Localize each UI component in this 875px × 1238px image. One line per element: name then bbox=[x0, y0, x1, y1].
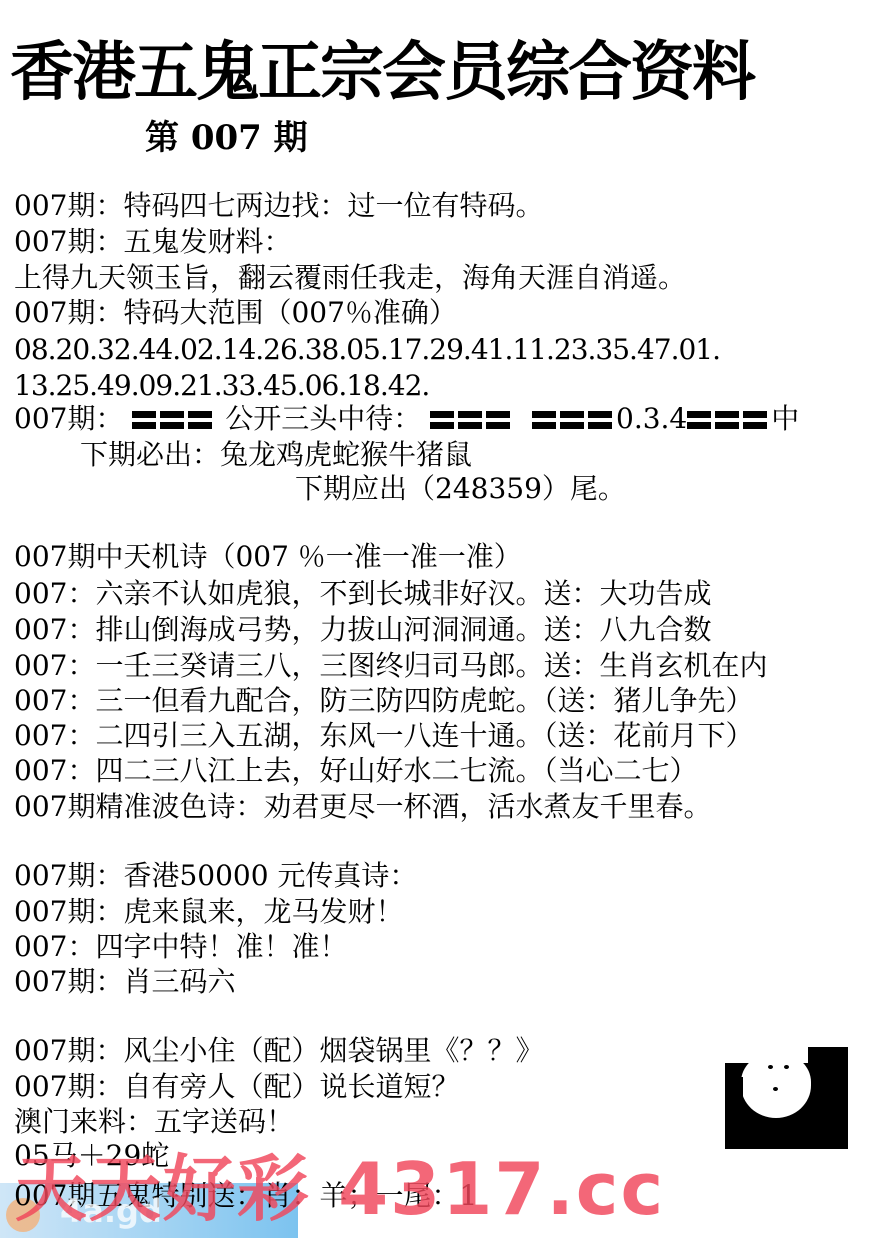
three-heads-line: 007期： 公开三头中待： 0.3.4中 bbox=[14, 403, 799, 435]
page-title: 香港五鬼正宗会员综合资料 bbox=[10, 38, 870, 108]
text-line: 下期必出：兔龙鸡虎蛇猴牛猪鼠 bbox=[80, 439, 472, 471]
poem-line: 007：一壬三癸请三八，三图终归司马郎。送：生肖玄机在内 bbox=[14, 650, 767, 682]
issue-number: 第 007 期 bbox=[145, 118, 308, 158]
block-glyph bbox=[188, 411, 212, 429]
block-glyph bbox=[588, 411, 612, 429]
poem-line: 007：排山倒海成弓势，力拔山河洞洞通。送：八九合数 bbox=[14, 614, 711, 646]
watermark-text: 天天好彩 4317.cc bbox=[15, 1144, 665, 1234]
text-line: 007期：香港50000 元传真诗： bbox=[14, 860, 417, 892]
text-line: 007：四字中特！准！准！ bbox=[14, 931, 347, 963]
text-line: 澳门来料：五字送码！ bbox=[14, 1106, 294, 1138]
text-line: 007期：特码大范围（007％准确） bbox=[14, 297, 457, 329]
text-line: 上得九天领玉旨，翻云覆雨任我走，海角天涯自消遥。 bbox=[14, 262, 686, 294]
block-glyph bbox=[532, 411, 556, 429]
block-glyph bbox=[458, 411, 482, 429]
line-end: 中 bbox=[771, 402, 799, 435]
poem-line: 007：三一但看九配合，防三防四防虎蛇。（送：猪儿争先） bbox=[14, 685, 753, 717]
line-mid: 公开三头中待： bbox=[225, 402, 421, 435]
block-glyph bbox=[715, 411, 739, 429]
line-numbers: 0.3.4 bbox=[616, 402, 687, 435]
text-line: 007期：五鬼发财料： bbox=[14, 226, 291, 258]
poem-title: 007期中天机诗（007 ％一准一准一准） bbox=[14, 541, 522, 573]
number-list: 13.25.49.09.21.33.45.06.18.42. bbox=[14, 370, 429, 402]
poem-line: 007：六亲不认如虎狼，不到长城非好汉。送：大功告成 bbox=[14, 578, 711, 610]
text-line: 007期：特码四七两边找：过一位有特码。 bbox=[14, 190, 543, 222]
text-line: 下期应出（248359）尾。 bbox=[295, 473, 626, 505]
block-glyph bbox=[132, 411, 156, 429]
poem-line: 007：二四引三入五湖，东风一八连十通。（送：花前月下） bbox=[14, 720, 753, 752]
number-list: 08.20.32.44.02.14.26.38.05.17.29.41.11.2… bbox=[14, 334, 720, 366]
portrait-photo bbox=[713, 1047, 848, 1149]
text-line: 007期：虎来鼠来，龙马发财！ bbox=[14, 896, 403, 928]
block-glyph bbox=[560, 411, 584, 429]
poem-line: 007期精准波色诗：劝君更尽一杯酒，活水煮友千里春。 bbox=[14, 791, 711, 823]
text-line: 007期：自有旁人（配）说长道短？ bbox=[14, 1071, 459, 1103]
block-glyph bbox=[687, 411, 711, 429]
block-glyph bbox=[160, 411, 184, 429]
text-line: 007期：风尘小住（配）烟袋锅里《？？》 bbox=[14, 1035, 543, 1067]
block-glyph bbox=[486, 411, 510, 429]
line-prefix: 007期： bbox=[14, 402, 123, 435]
block-glyph bbox=[743, 411, 767, 429]
block-glyph bbox=[430, 411, 454, 429]
poem-line: 007：四二三八江上去，好山好水二七流。（当心二七） bbox=[14, 755, 697, 787]
text-line: 007期：肖三码六 bbox=[14, 966, 235, 998]
